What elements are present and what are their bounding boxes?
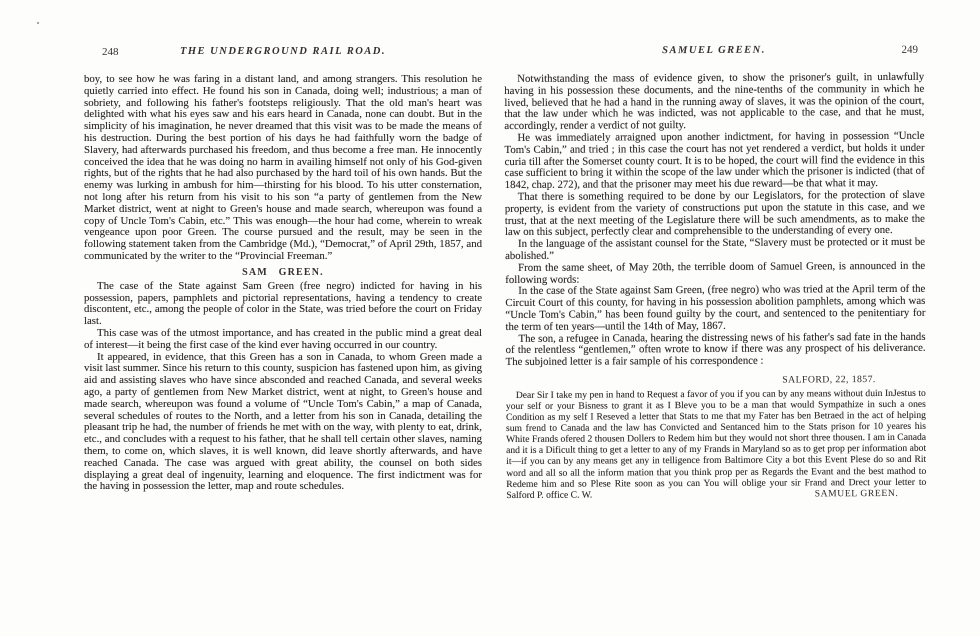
right-page-number: 249: [901, 44, 918, 56]
body-paragraph: That there is something required to be d…: [505, 190, 925, 239]
body-paragraph: Notwithstanding the mass of evidence giv…: [504, 72, 924, 133]
right-page: SAMUEL GREEN. 249 Notwithstanding the ma…: [504, 44, 926, 501]
book-spread: 248 THE UNDERGROUND RAIL ROAD. boy, to s…: [0, 0, 980, 636]
body-paragraph: The case of the State against Sam Green …: [84, 281, 482, 328]
letter-body: Dear Sir I take my pen in hand to Reques…: [506, 388, 927, 501]
right-running-title: SAMUEL GREEN.: [504, 44, 924, 57]
body-paragraph: In the case of the State against Sam Gre…: [505, 284, 925, 333]
body-paragraph: It appeared, in evidence, that this Gree…: [84, 352, 482, 494]
left-running-title: THE UNDERGROUND RAIL ROAD.: [84, 46, 482, 57]
continuation-paragraph: boy, to see how he was faring in a dista…: [84, 74, 482, 263]
left-page-number: 248: [102, 46, 119, 58]
right-page-header: SAMUEL GREEN. 249: [504, 44, 924, 61]
body-paragraph: The son, a refugee in Canada, hearing th…: [506, 331, 926, 369]
body-paragraph: He was immediately arraigned upon anothe…: [504, 131, 924, 192]
left-page-header: 248 THE UNDERGROUND RAIL ROAD.: [84, 46, 482, 61]
body-paragraph: This case was of the utmost importance, …: [84, 328, 482, 352]
scan-speck: [37, 22, 39, 24]
letter-dateline: SALFORD, 22, 1857.: [506, 374, 876, 387]
left-page: 248 THE UNDERGROUND RAIL ROAD. boy, to s…: [84, 46, 482, 493]
section-heading: SAM GREEN.: [84, 267, 482, 278]
body-paragraph: In the language of the assistant counsel…: [505, 237, 925, 263]
